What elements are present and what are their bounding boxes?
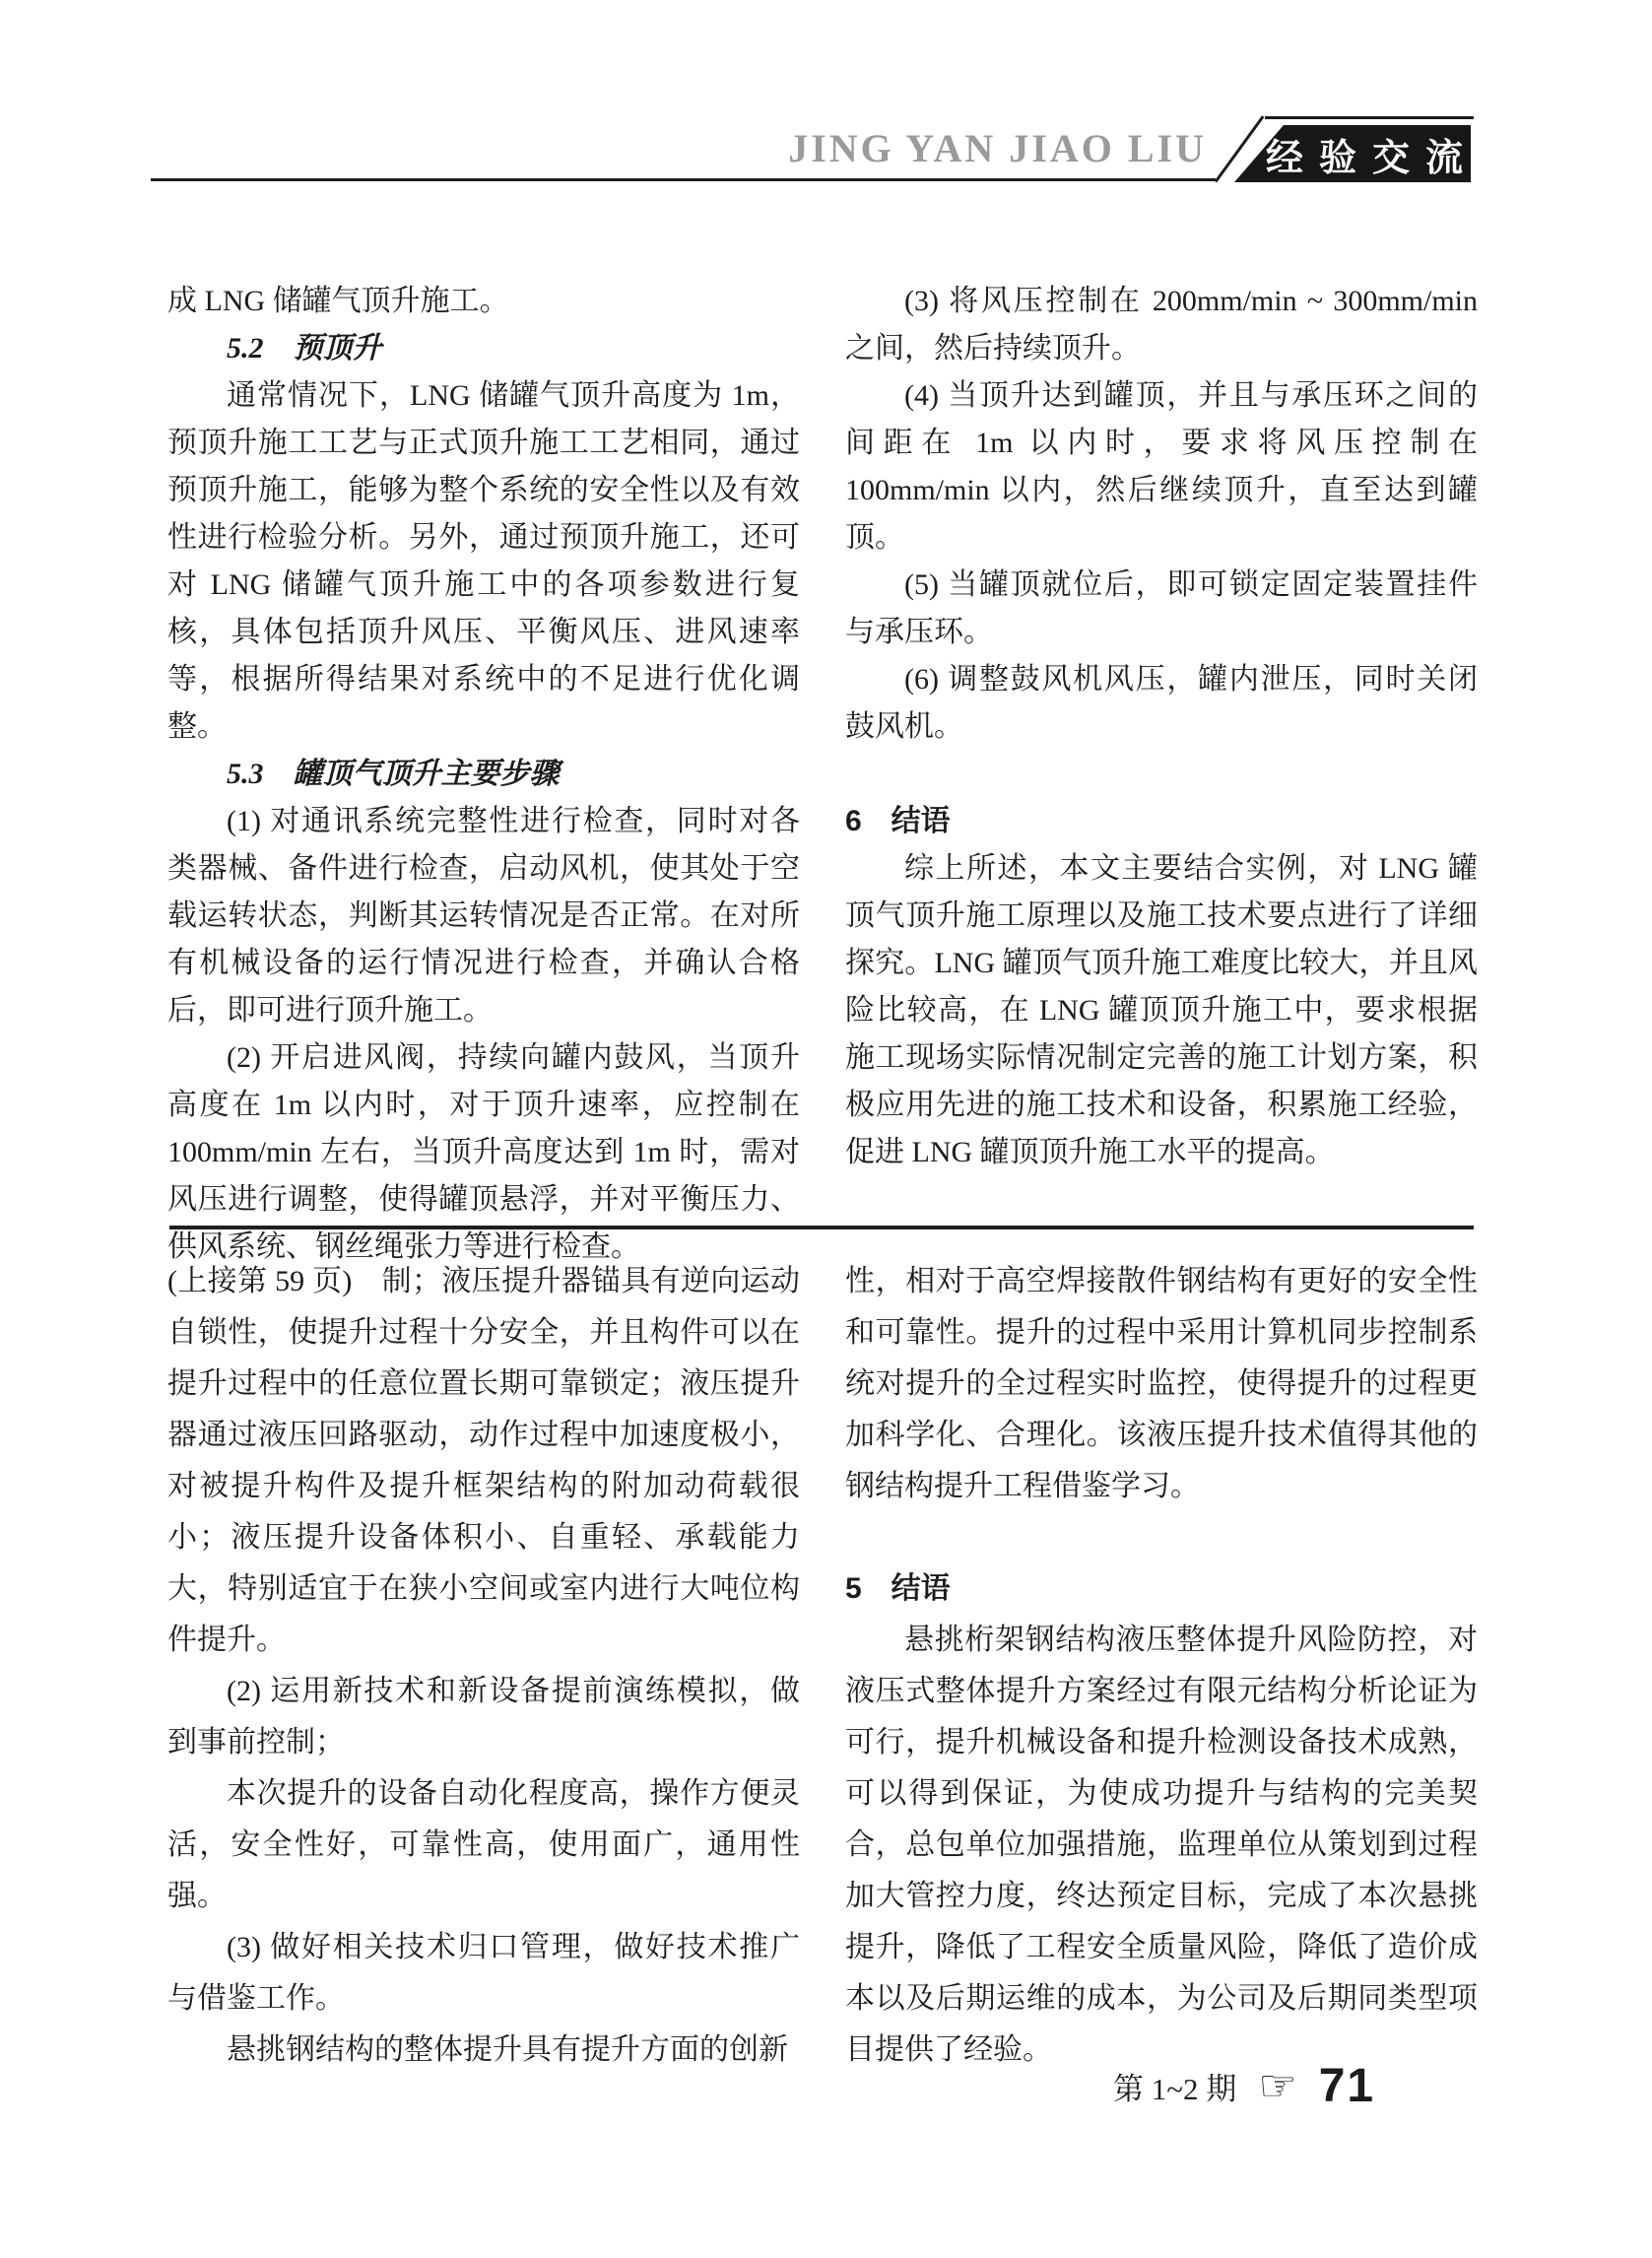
- paragraph: (上接第 59 页)制；液压提升器锚具有逆向运动自锁性，使提升过程十分安全，并且…: [167, 1256, 800, 1666]
- paragraph: (2) 运用新技术和新设备提前演练模拟，做到事前控制；: [167, 1666, 800, 1768]
- paragraph: (3) 做好相关技术归口管理，做好技术推广与借鉴工作。: [167, 1922, 800, 2025]
- paragraph: 综上所述，本文主要结合实例，对 LNG 罐顶气顶升施工原理以及施工技术要点进行了…: [845, 845, 1478, 1176]
- paragraph: 性，相对于高空焊接散件钢结构有更好的安全性和可靠性。提升的过程中采用计算机同步控…: [845, 1256, 1478, 1512]
- subsection-heading-5-3: 5.3 罐顶气顶升主要步骤: [167, 751, 800, 798]
- journal-pinyin-title: JING YAN JIAO LIU: [788, 125, 1207, 171]
- subsection-heading-5-2: 5.2 预顶升: [167, 325, 800, 372]
- page-footer: 第 1~2 期 ☞ 71: [1113, 2059, 1375, 2113]
- paragraph-text: 制；液压提升器锚具有逆向运动自锁性，使提升过程十分安全，并且构件可以在提升过程中…: [167, 1265, 800, 1656]
- journal-page: { "header": { "pinyin_title": "JING YAN …: [0, 0, 1652, 2258]
- lower-left-column: (上接第 59 页)制；液压提升器锚具有逆向运动自锁性，使提升过程十分安全，并且…: [167, 1256, 800, 2076]
- paragraph: (5) 当罐顶就位后，即可锁定固定装置挂件与承压环。: [845, 562, 1478, 656]
- paragraph: (3) 将风压控制在 200mm/min ~ 300mm/min 之间，然后持续…: [845, 278, 1478, 372]
- upper-left-column: 成 LNG 储罐气顶升施工。 5.2 预顶升 通常情况下，LNG 储罐气顶升高度…: [167, 278, 800, 1271]
- section-banner-label: 经验交流: [1226, 127, 1479, 181]
- paragraph: 悬挑桁架钢结构液压整体提升风险防控，对液压式整体提升方案经过有限元结构分析论证为…: [845, 1615, 1478, 2076]
- paragraph: (2) 开启进风阀，持续向罐内鼓风，当顶升高度在 1m 以内时，对于顶升速率，应…: [167, 1034, 800, 1271]
- article-divider: [169, 1226, 1474, 1229]
- paragraph: 通常情况下，LNG 储罐气顶升高度为 1m，预顶升施工工艺与正式顶升施工工艺相同…: [167, 372, 800, 751]
- upper-right-column: (3) 将风压控制在 200mm/min ~ 300mm/min 之间，然后持续…: [845, 278, 1478, 1176]
- section-banner: 经验交流: [1234, 125, 1471, 182]
- issue-label: 第 1~2 期: [1113, 2064, 1236, 2108]
- paragraph: 本次提升的设备自动化程度高，操作方便灵活，安全性好，可靠性高，使用面广，通用性强…: [167, 1768, 800, 1922]
- page-number: 71: [1319, 2059, 1375, 2113]
- pointing-hand-icon: ☞: [1258, 2065, 1296, 2108]
- paragraph: (6) 调整鼓风机风压，罐内泄压，同时关闭鼓风机。: [845, 656, 1478, 751]
- section-heading-5: 5 结语: [845, 1563, 1478, 1615]
- paragraph: 悬挑钢结构的整体提升具有提升方面的创新: [167, 2025, 800, 2076]
- paragraph: (4) 当顶升达到罐顶，并且与承压环之间的间距在 1m 以内时，要求将风压控制在…: [845, 372, 1478, 562]
- lower-right-column: 性，相对于高空焊接散件钢结构有更好的安全性和可靠性。提升的过程中采用计算机同步控…: [845, 1256, 1478, 2076]
- paragraph: (1) 对通讯系统完整性进行检查，同时对各类器械、备件进行检查，启动风机，使其处…: [167, 798, 800, 1034]
- banner-top-line: [1265, 116, 1474, 119]
- paragraph: 成 LNG 储罐气顶升施工。: [167, 278, 800, 325]
- section-heading-6: 6 结语: [845, 798, 1478, 845]
- continued-from-note: (上接第 59 页): [167, 1265, 352, 1297]
- header-rule: [151, 178, 1216, 181]
